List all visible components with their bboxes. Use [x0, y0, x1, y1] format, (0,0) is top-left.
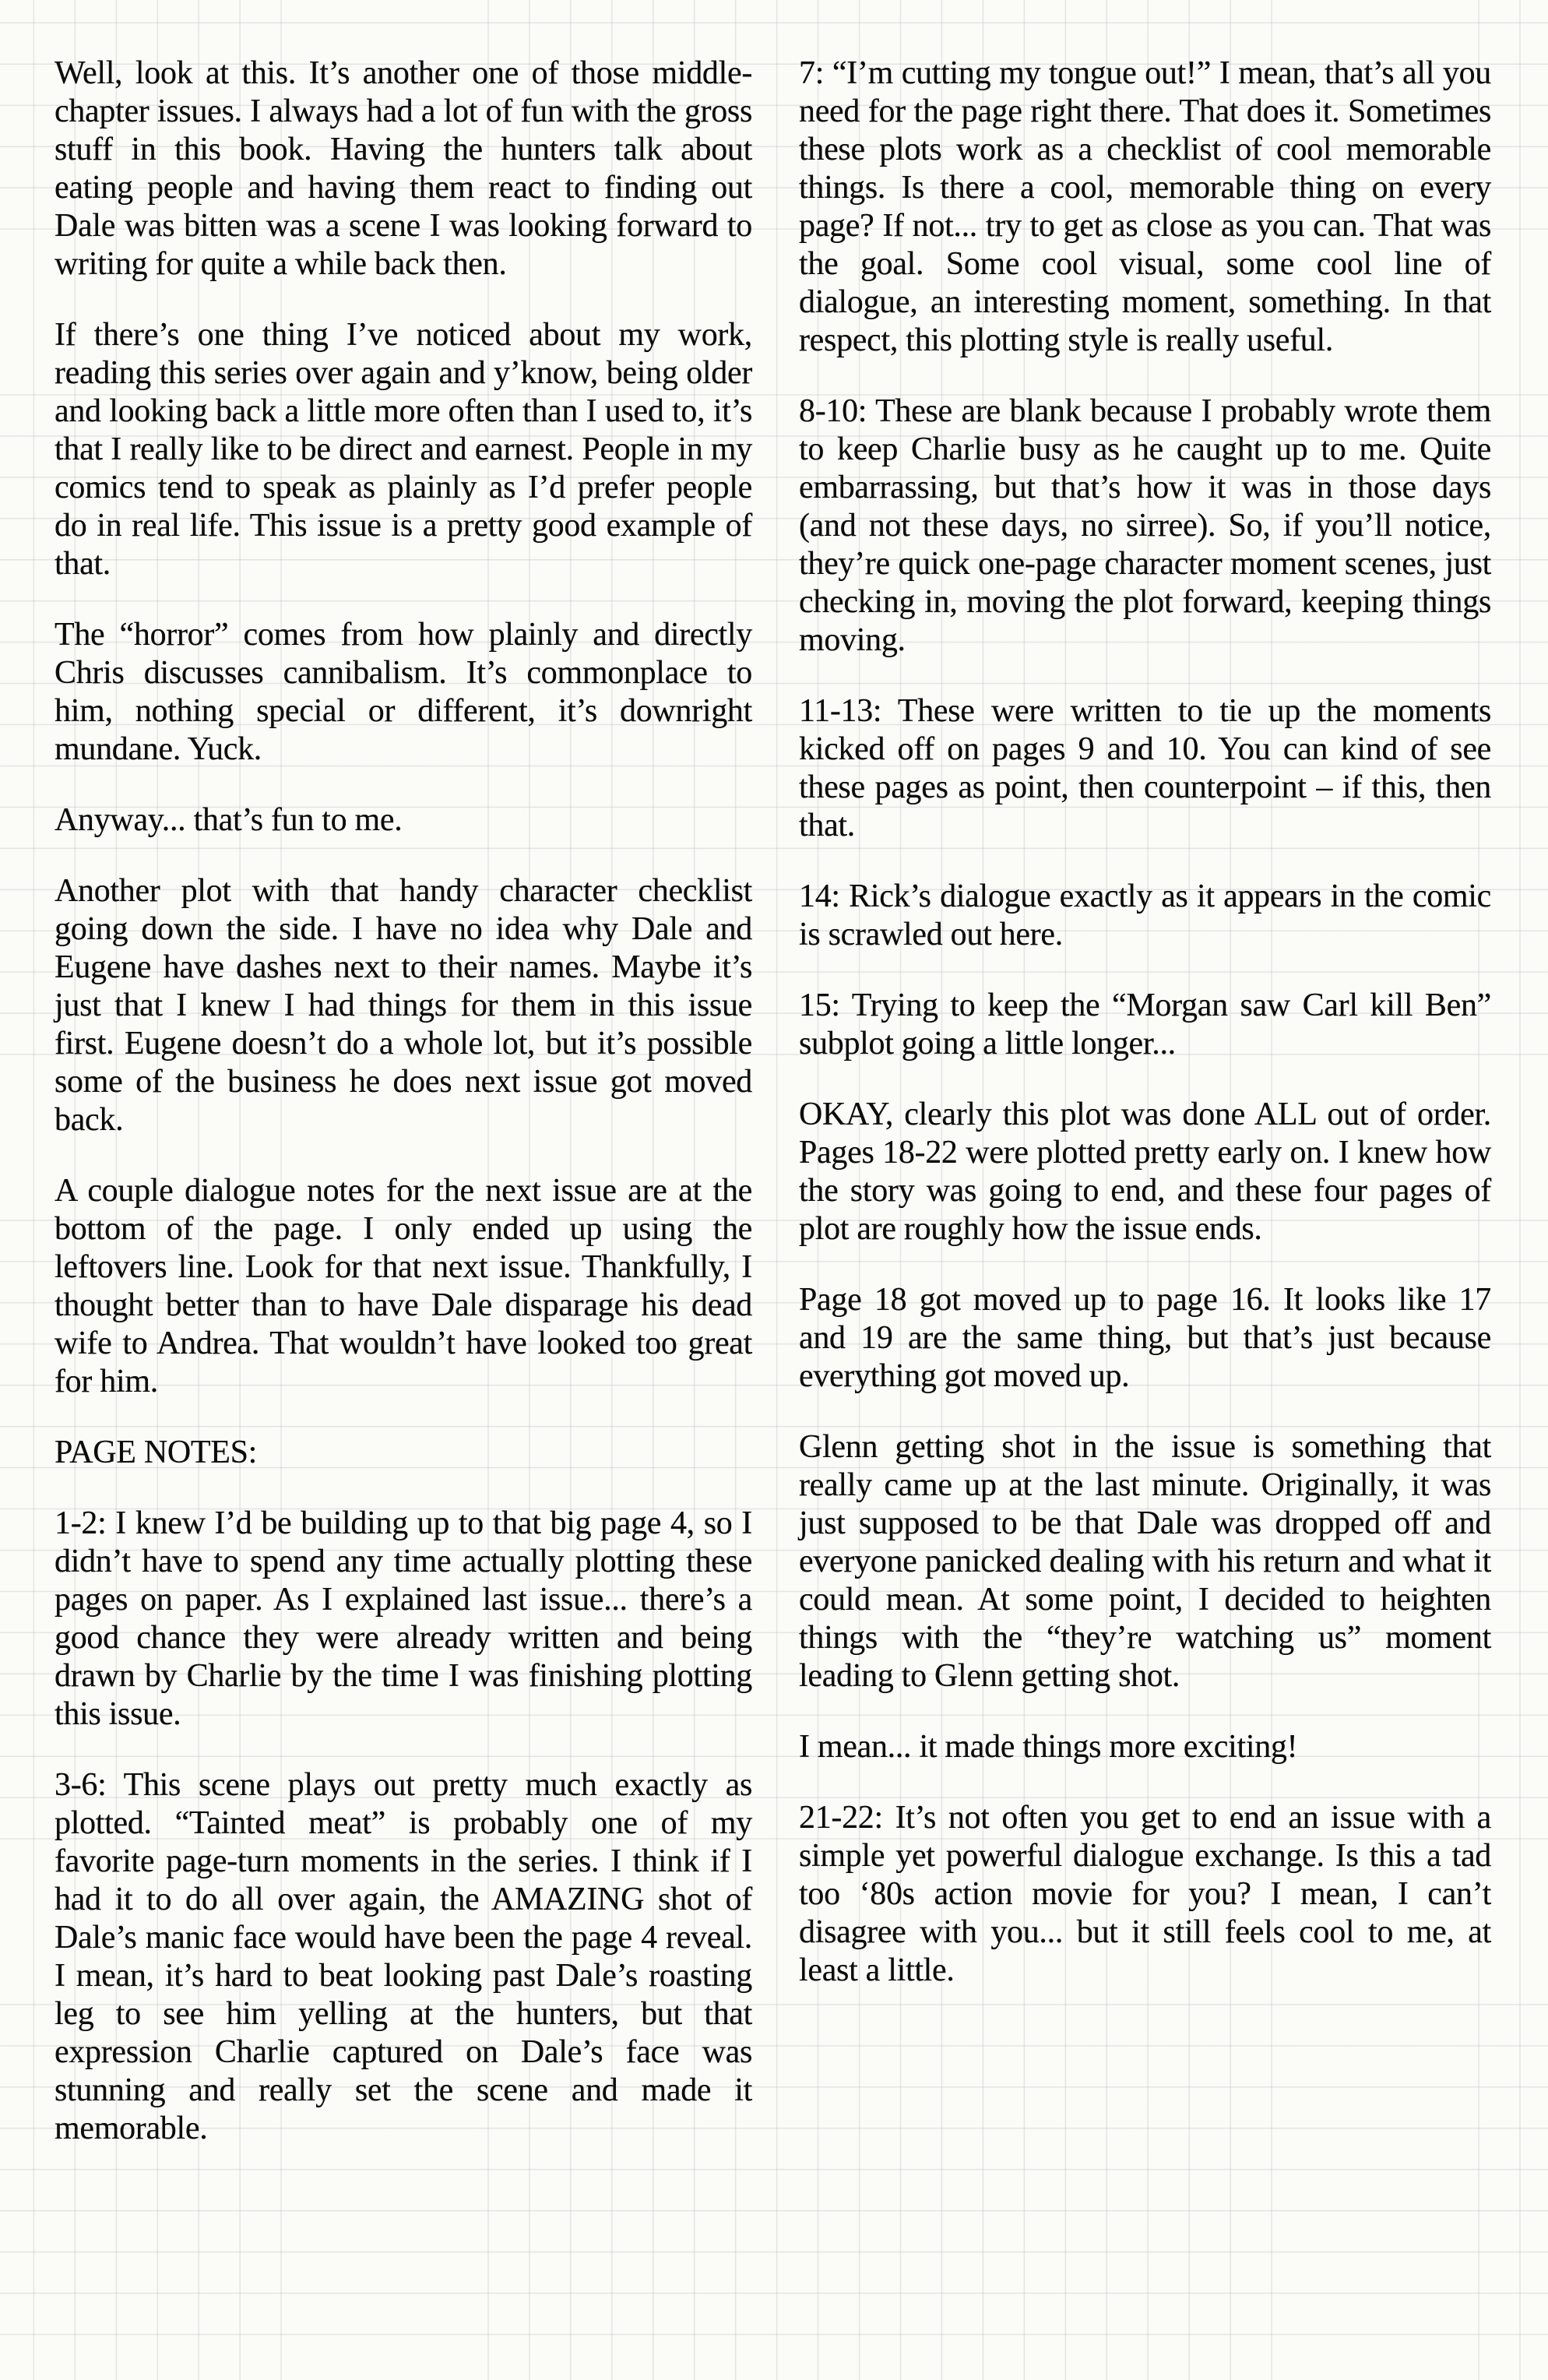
- commentary-page: Well, look at this. It’s another one of …: [0, 0, 1548, 2380]
- note-pages-8-10: 8-10: These are blank because I probably…: [799, 393, 1491, 660]
- right-column: 7: “I’m cutting my tongue out!” I mean, …: [799, 55, 1491, 2380]
- paragraph-direct-earnest: If there’s one thing I’ve noticed about …: [55, 316, 752, 583]
- paragraph-out-of-order: OKAY, clearly this plot was done ALL out…: [799, 1096, 1491, 1248]
- paragraph-anyway: Anyway... that’s fun to me.: [55, 801, 752, 840]
- paragraph-checklist: Another plot with that handy character c…: [55, 872, 752, 1139]
- section-heading-page-notes: PAGE NOTES:: [55, 1434, 752, 1472]
- paragraph-glenn-shot: Glenn getting shot in the issue is somet…: [799, 1428, 1491, 1695]
- note-pages-21-22: 21-22: It’s not often you get to end an …: [799, 1799, 1491, 1990]
- paragraph-more-exciting: I mean... it made things more exciting!: [799, 1728, 1491, 1766]
- paragraph-dialogue-notes: A couple dialogue notes for the next iss…: [55, 1172, 752, 1401]
- note-pages-1-2: 1-2: I knew I’d be building up to that b…: [55, 1505, 752, 1734]
- note-pages-11-13: 11-13: These were written to tie up the …: [799, 692, 1491, 845]
- note-pages-3-6: 3-6: This scene plays out pretty much ex…: [55, 1766, 752, 2148]
- note-page-7: 7: “I’m cutting my tongue out!” I mean, …: [799, 55, 1491, 360]
- note-page-15: 15: Trying to keep the “Morgan saw Carl …: [799, 987, 1491, 1063]
- paragraph-horror: The “horror” comes from how plainly and …: [55, 616, 752, 769]
- paragraph-intro: Well, look at this. It’s another one of …: [55, 55, 752, 283]
- note-page-14: 14: Rick’s dialogue exactly as it appear…: [799, 878, 1491, 954]
- left-column: Well, look at this. It’s another one of …: [55, 55, 752, 2380]
- paragraph-page-18-moved: Page 18 got moved up to page 16. It look…: [799, 1281, 1491, 1396]
